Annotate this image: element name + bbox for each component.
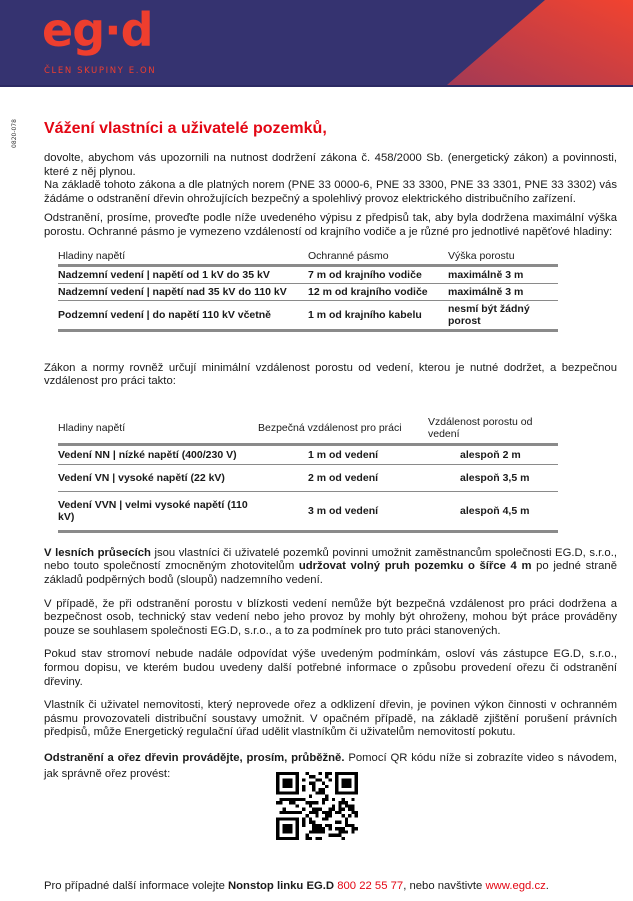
document-code-text: 0820-078 (11, 119, 18, 148)
letter-body: Vážení vlastníci a uživatelé pozemků, do… (44, 120, 617, 782)
column-header: Bezpečná vzdálenost pro práci (258, 413, 428, 445)
intro-paragraph-2: Na základě tohoto zákona a dle platných … (44, 179, 617, 206)
egd-logo: eg·d (42, 4, 153, 56)
logo-tagline: ČLEN SKUPINY E.ON (44, 66, 156, 76)
table-cell: 1 m od vedení (258, 444, 428, 464)
footer-contact: Pro případné další informace volejte Non… (44, 880, 549, 892)
forest-bold-start: V lesních průsecích (44, 547, 151, 559)
footer-text: Pro případné další informace volejte (44, 880, 228, 892)
table-cell: Nadzemní vedení | napětí nad 35 kV do 11… (58, 283, 308, 300)
column-header: Hladiny napětí (58, 413, 258, 445)
table-row: Vedení VN | vysoké napětí (22 kV) 2 m od… (58, 464, 558, 491)
table-header-row: Hladiny napětí Ochranné pásmo Výška poro… (58, 248, 558, 266)
table-header-row: Hladiny napětí Bezpečná vzdálenost pro p… (58, 413, 558, 445)
norms-paragraph: Zákon a normy rovněž určují minimální vz… (44, 362, 617, 389)
document-code: 0820-078 (14, 116, 26, 156)
table-cell: maximálně 3 m (448, 283, 558, 300)
intro-paragraph-1: dovolte, abychom vás upozornili na nutno… (44, 152, 617, 179)
table-row: Podzemní vedení | do napětí 110 kV včetn… (58, 300, 558, 330)
table-cell: maximálně 3 m (448, 265, 558, 283)
table-row: Nadzemní vedení | napětí nad 35 kV do 11… (58, 283, 558, 300)
hotline-label: Nonstop linku EG.D (228, 880, 334, 892)
website-link[interactable]: www.egd.cz (485, 880, 545, 892)
protection-zone-table: Hladiny napětí Ochranné pásmo Výška poro… (58, 248, 558, 332)
qr-instruction-bold: Odstranění a ořez dřevin provádějte, pro… (44, 752, 344, 764)
safe-distance-table: Hladiny napětí Bezpečná vzdálenost pro p… (58, 413, 558, 533)
table-cell: 7 m od krajního vodiče (308, 265, 448, 283)
table-row: Vedení VVN | velmi vysoké napětí (110 kV… (58, 491, 558, 531)
footer-end: . (546, 880, 549, 892)
tree-state-paragraph: Pokud stav stromoví nebude nadále odpoví… (44, 648, 617, 689)
table-cell: Nadzemní vedení | napětí od 1 kV do 35 k… (58, 265, 308, 283)
column-header: Výška porostu (448, 248, 558, 266)
table-cell: Vedení NN | nízké napětí (400/230 V) (58, 444, 258, 464)
qr-code-icon[interactable] (276, 772, 358, 840)
column-header: Ochranné pásmo (308, 248, 448, 266)
safety-paragraph: V případě, že při odstranění porostu v b… (44, 598, 617, 639)
table-row: Nadzemní vedení | napětí od 1 kV do 35 k… (58, 265, 558, 283)
header-divider (0, 85, 633, 87)
header-banner: eg·d ČLEN SKUPINY E.ON (0, 0, 633, 85)
greeting-title: Vážení vlastníci a uživatelé pozemků, (44, 120, 617, 138)
table-cell: alespoň 4,5 m (428, 491, 558, 531)
table-cell: nesmí být žádný porost (448, 300, 558, 330)
table-cell: alespoň 3,5 m (428, 464, 558, 491)
table-cell: alespoň 2 m (428, 444, 558, 464)
hotline-phone-link[interactable]: 800 22 55 77 (337, 880, 403, 892)
column-header: Vzdálenost porostu od vedení (428, 413, 558, 445)
table-cell: Vedení VVN | velmi vysoké napětí (110 kV… (58, 491, 258, 531)
forest-bold-mid: udržovat volný pruh pozemku o šířce 4 m (299, 560, 532, 572)
table-cell: 1 m od krajního kabelu (308, 300, 448, 330)
footer-text-2: , nebo navštivte (403, 880, 485, 892)
table-cell: Vedení VN | vysoké napětí (22 kV) (58, 464, 258, 491)
owner-obligation-paragraph: Vlastník či uživatel nemovitosti, který … (44, 699, 617, 740)
column-header: Hladiny napětí (58, 248, 308, 266)
table-cell: 2 m od vedení (258, 464, 428, 491)
intro-paragraph-3: Odstranění, prosíme, proveďte podle níže… (44, 212, 617, 239)
forest-corridor-paragraph: V lesních průsecích jsou vlastníci či už… (44, 547, 617, 588)
table-row: Vedení NN | nízké napětí (400/230 V) 1 m… (58, 444, 558, 464)
table-cell: 3 m od vedení (258, 491, 428, 531)
table-cell: Podzemní vedení | do napětí 110 kV včetn… (58, 300, 308, 330)
table-cell: 12 m od krajního vodiče (308, 283, 448, 300)
